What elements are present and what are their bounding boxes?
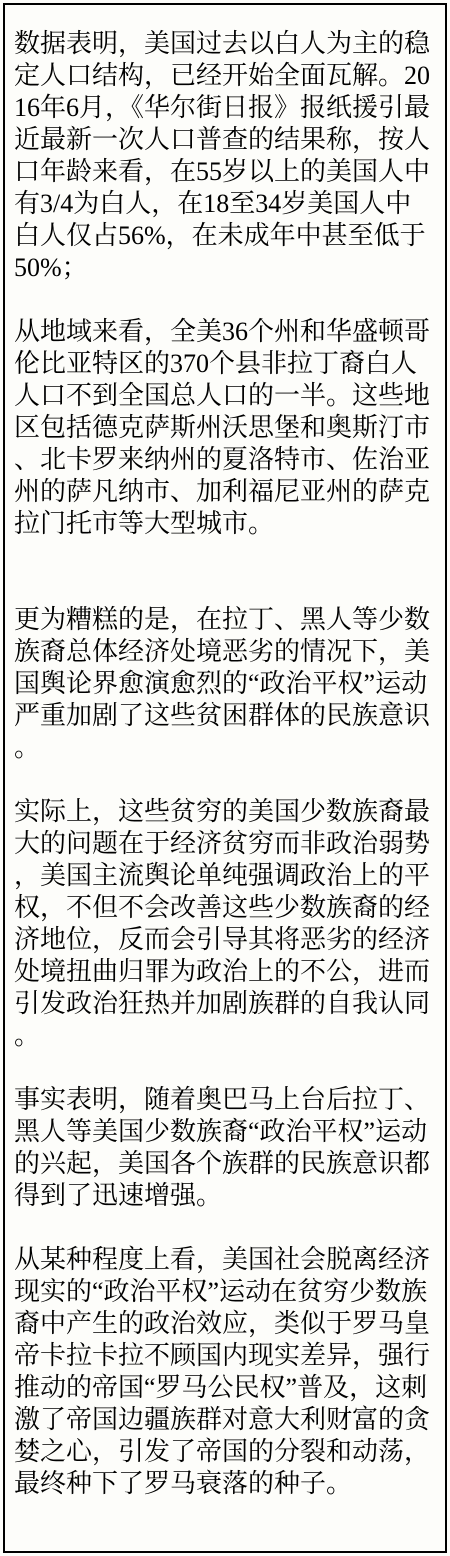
article-paragraph: 从地域来看，全美36个州和华盛顿哥伦比亚特区的370个县非拉丁裔白人人口不到全国… <box>14 316 433 540</box>
article-blank-line <box>14 572 433 604</box>
article-blank-line <box>14 540 433 572</box>
article-blank-line <box>14 764 433 796</box>
article-paragraph: 数据表明，美国过去以白人为主的稳定人口结构，已经开始全面瓦解。2016年6月，《… <box>14 28 433 284</box>
article-blank-line <box>14 1212 433 1244</box>
article-paragraph: 从某种程度上看，美国社会脱离经济现实的“政治平权”运动在贫穷少数族裔中产生的政治… <box>14 1244 433 1500</box>
page-frame: 数据表明，美国过去以白人为主的稳定人口结构，已经开始全面瓦解。2016年6月，《… <box>3 3 447 1553</box>
article-paragraph: 更为糟糕的是，在拉丁、黑人等少数族裔总体经济处境恶劣的情况下，美国舆论界愈演愈烈… <box>14 604 433 764</box>
article-paragraph: 事实表明，随着奥巴马上台后拉丁、黑人等美国少数族裔“政治平权”运动的兴起，美国各… <box>14 1084 433 1212</box>
article-body: 数据表明，美国过去以白人为主的稳定人口结构，已经开始全面瓦解。2016年6月，《… <box>5 5 445 1500</box>
article-blank-line <box>14 284 433 316</box>
article-blank-line <box>14 1052 433 1084</box>
article-paragraph: 实际上，这些贫穷的美国少数族裔最大的问题在于经济贫穷而非政治弱势，美国主流舆论单… <box>14 796 433 1052</box>
